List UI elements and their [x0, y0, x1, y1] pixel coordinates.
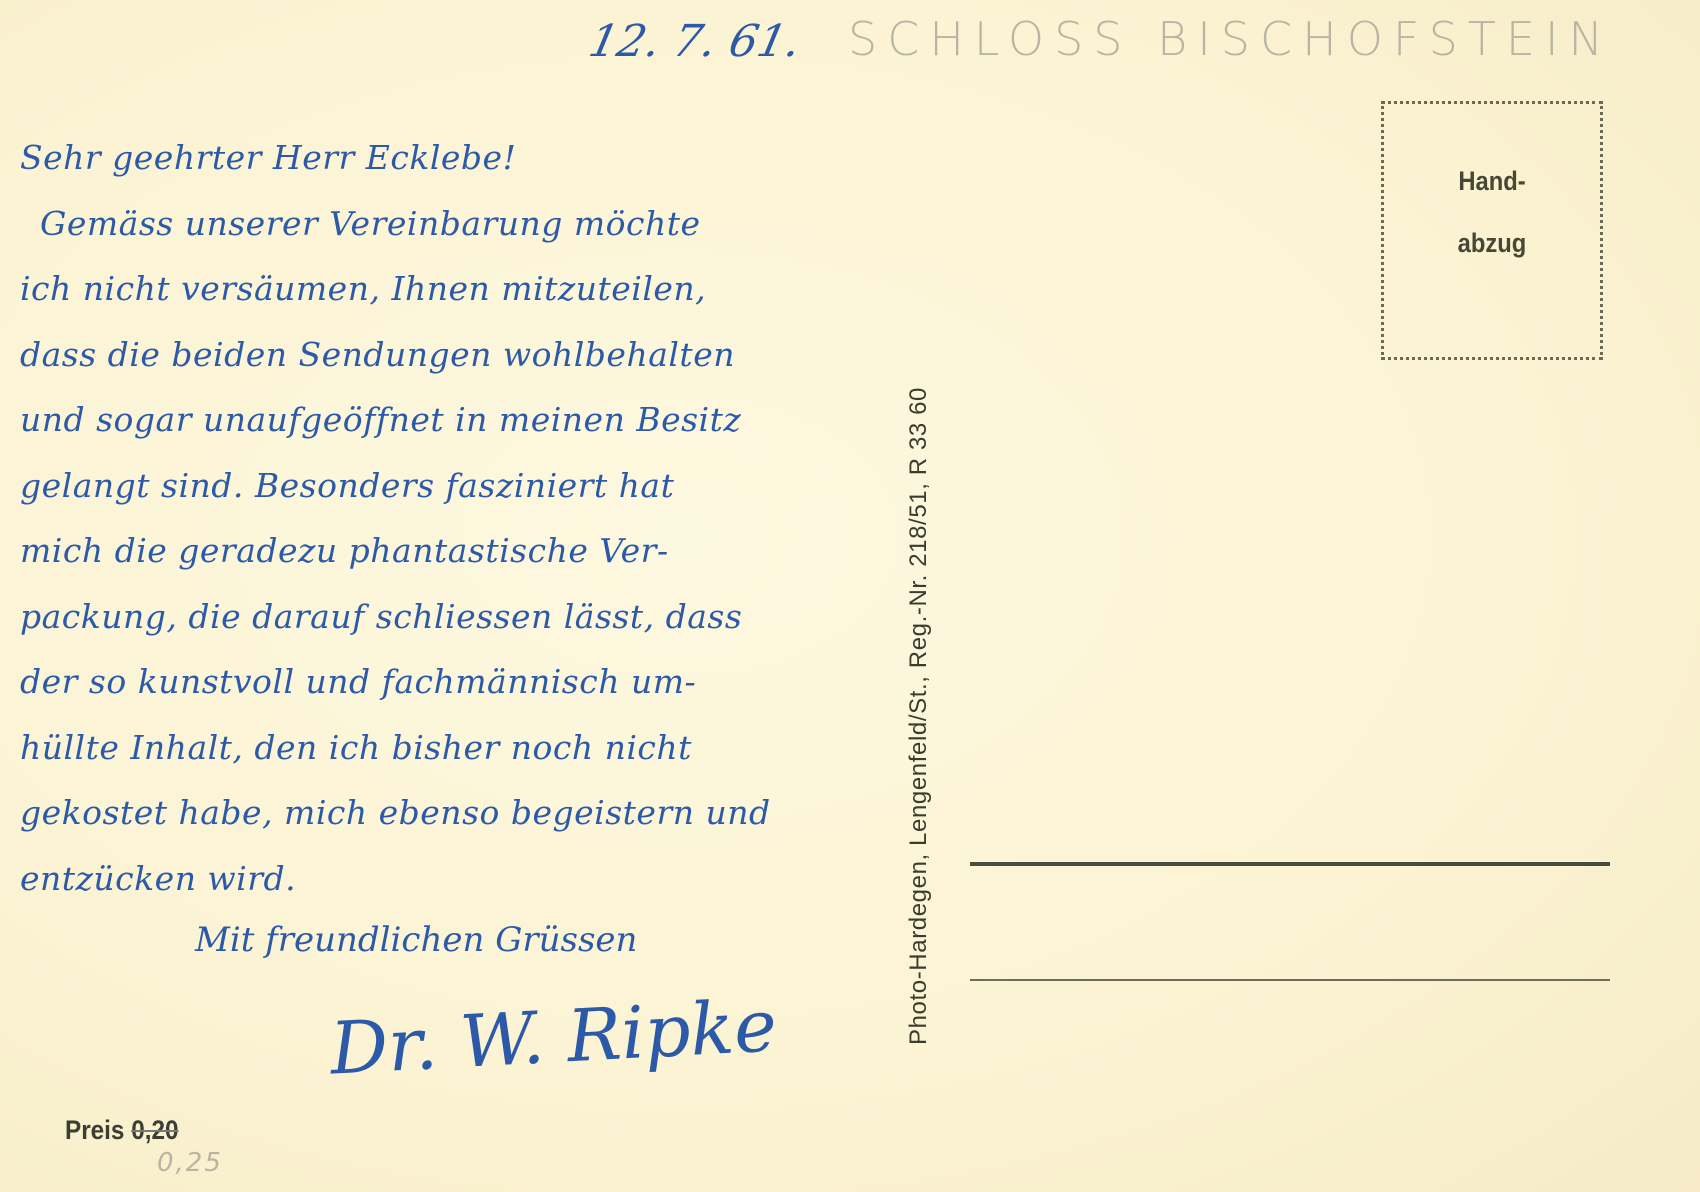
handwritten-date: 12. 7. 61. [585, 16, 806, 67]
price-label-text: Preis [65, 1115, 124, 1145]
pencil-note-location: SCHLOSS BISCHOFSTEIN [848, 12, 1613, 66]
address-line-1 [970, 862, 1610, 866]
stamp-box: Hand- abzug [1381, 101, 1603, 360]
letter-line: dass die beiden Sendungen wohlbehalten [20, 322, 870, 388]
letter-line: Gemäss unserer Vereinbarung möchte [20, 191, 870, 257]
letter-line: packung, die darauf schliessen lässt, da… [20, 584, 870, 650]
handwritten-letter: Sehr geehrter Herr Ecklebe! Gemäss unser… [20, 125, 870, 911]
letter-line: und sogar unaufgeöffnet in meinen Besitz [20, 387, 870, 453]
letter-line: gelangt sind. Besonders fasziniert hat [20, 453, 870, 519]
letter-line: hüllte Inhalt, den ich bisher noch nicht [20, 715, 870, 781]
letter-line: entzücken wird. [20, 846, 870, 912]
stamp-box-label-line2: abzug [1397, 228, 1587, 259]
letter-line: mich die geradezu phantastische Ver- [20, 518, 870, 584]
letter-line: ich nicht versäumen, Ihnen mitzuteilen, [20, 256, 870, 322]
letter-closing: Mit freundlichen Grüssen [195, 920, 637, 960]
letter-line: der so kunstvoll und fachmännisch um- [20, 649, 870, 715]
stamp-box-label-line1: Hand- [1397, 166, 1587, 197]
letter-line: gekostet habe, mich ebenso begeistern un… [20, 780, 870, 846]
letter-salutation: Sehr geehrter Herr Ecklebe! [20, 125, 870, 191]
price-pencil-correction: 0,25 [157, 1148, 223, 1178]
postcard-back: 12. 7. 61. SCHLOSS BISCHOFSTEIN Sehr gee… [0, 0, 1700, 1192]
signature: Dr. W. Ripke [328, 983, 779, 1090]
price-label: Preis 0,20 [65, 1115, 179, 1146]
printer-imprint: Photo-Hardegen, Lengenfeld/St., Reg.-Nr.… [905, 155, 933, 1045]
address-line-2 [970, 979, 1610, 981]
price-printed-value: 0,20 [131, 1115, 178, 1145]
